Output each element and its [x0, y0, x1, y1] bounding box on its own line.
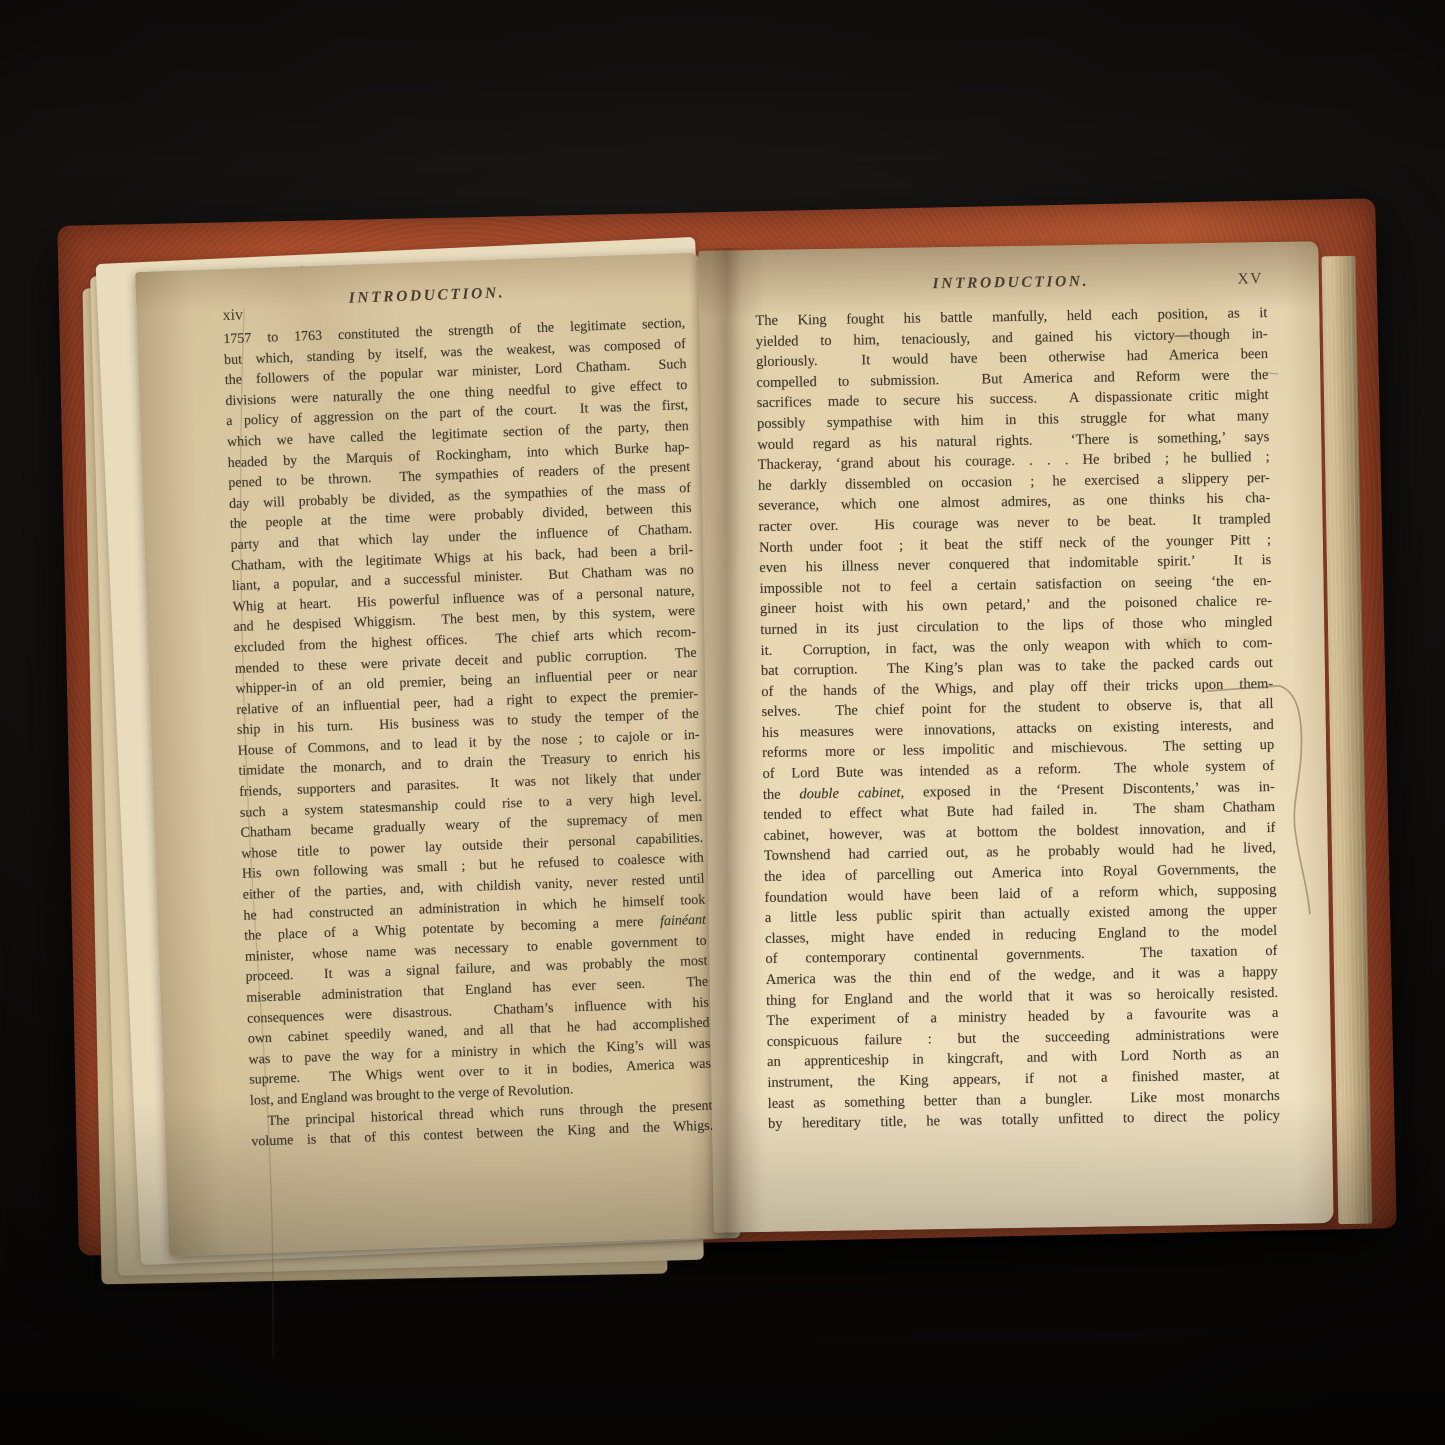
photo-background: xiv INTRODUCTION. 1757 to 1763 constitut… [0, 0, 1445, 1445]
running-title: INTRODUCTION. [196, 276, 659, 316]
right-text-block: INTRODUCTION. XV The King fought his bat… [755, 267, 1280, 1135]
open-book: xiv INTRODUCTION. 1757 to 1763 constitut… [0, 0, 1445, 1445]
right-page: INTRODUCTION. XV The King fought his bat… [698, 241, 1333, 1233]
page-number: XV [1237, 267, 1263, 291]
left-page: xiv INTRODUCTION. 1757 to 1763 constitut… [135, 252, 735, 1256]
running-title: INTRODUCTION. [755, 267, 1267, 299]
page-text: The King fought his battle manfully, hel… [755, 303, 1280, 1135]
running-head: xiv INTRODUCTION. [222, 275, 685, 315]
left-text-block: xiv INTRODUCTION. 1757 to 1763 constitut… [222, 275, 714, 1153]
running-head: INTRODUCTION. XV [755, 267, 1267, 299]
page-text: 1757 to 1763 constituted the strength of… [223, 314, 713, 1153]
